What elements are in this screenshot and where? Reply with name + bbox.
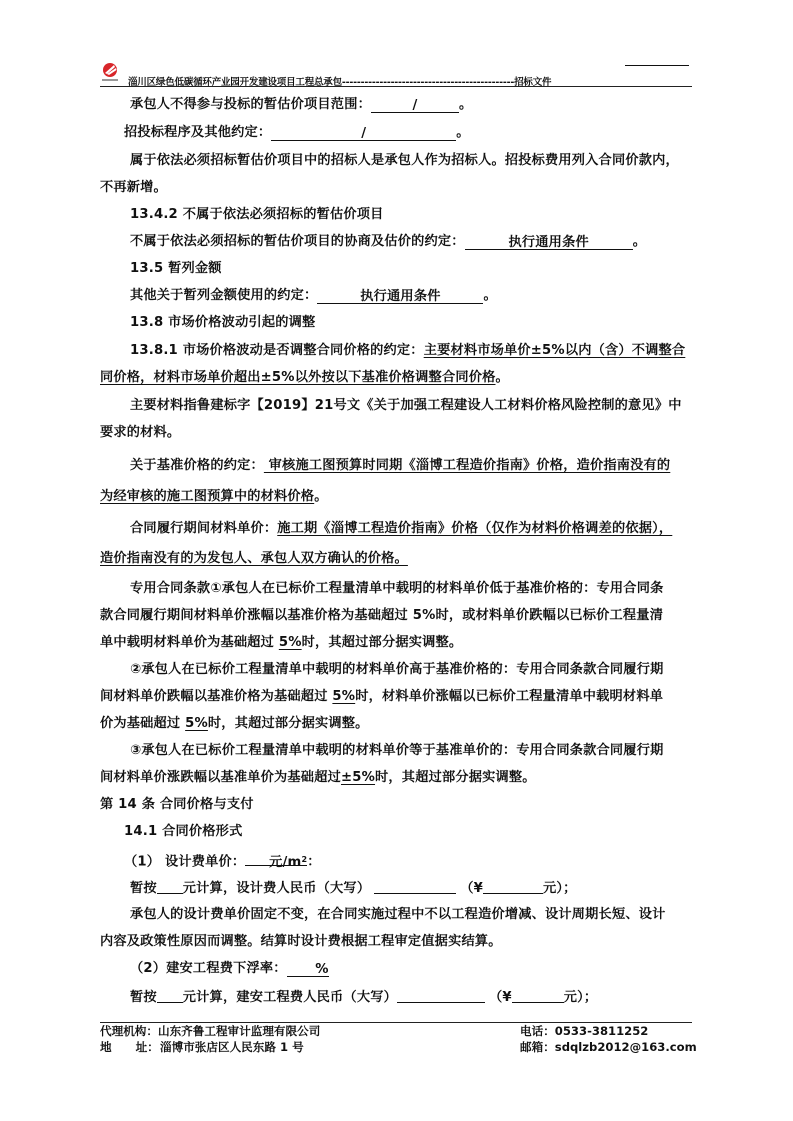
contract-price-line: 合同履行期间材料单价：施工期《淄博工程造价指南》价格（仅作为材料价格调差的依据）…	[130, 520, 672, 538]
field-label: 承包人不得参与投标的暂估价项目范围：	[130, 97, 371, 112]
design-fee-number-field	[483, 879, 543, 894]
base-price-line: 关于基准价格的约定： 审核施工图预算时同期《淄博工程造价指南》价格，造价指南没有…	[130, 457, 670, 475]
section-heading-13-4-2: 13.4.2 不属于依法必须招标的暂估价项目	[130, 206, 384, 224]
field-label: 不属于依法必须招标的暂估价项目的协商及估价的约定：	[130, 234, 465, 249]
paragraph-text: 承包人的设计费单价固定不变，在合同实施过程中不以工程造价增减、设计周期长短、设计	[130, 906, 666, 924]
provisional-sum-line: 其他关于暂列金额使用的约定：执行通用条件。	[130, 287, 497, 305]
agency-line: 代理机构：山东齐鲁工程审计监理有限公司	[100, 1024, 320, 1039]
contract-price-line-cont: 造价指南没有的为发包人、承包人双方确认的价格。	[100, 550, 408, 568]
paragraph-text: ②承包人在已标价工程量清单中载明的材料单价高于基准价格的：专用合同条款合同履行期	[130, 661, 663, 679]
paragraph-text: ③承包人在已标价工程量清单中载明的材料单价等于基准单价的：专用合同条款合同履行期	[130, 742, 663, 760]
footer-divider	[100, 1022, 692, 1023]
price-adjust-value: 主要材料市场单价±5%以内（含）不调整合	[424, 343, 686, 358]
paragraph-text: 款合同履行期间材料单价涨幅以基准价格为基础超过 5%时，或材料单价跌幅以已标价工…	[100, 607, 663, 625]
phone-value: 0533-3811252	[555, 1024, 649, 1038]
document-page: 淄川区绿色低碳循环产业园开发建设项目工程总承包-----------------…	[0, 0, 793, 1121]
paragraph-text: 主要材料指鲁建标字【2019】21号文《关于加强工程建设人工材料价格风险控制的意…	[130, 397, 682, 415]
design-fee-words-field	[374, 879, 456, 894]
construction-fee-base-field	[157, 988, 183, 1003]
design-fee-base-field	[157, 879, 183, 894]
agency-name: 山东齐鲁工程审计监理有限公司	[158, 1024, 320, 1038]
paragraph-text: 不再新增。	[100, 179, 167, 197]
address-value: 淄博市张店区人民东路 1 号	[160, 1040, 304, 1054]
construction-fee-number-field	[512, 988, 564, 1003]
paragraph-text: 价为基础超过 5%时，其超过部分据实调整。	[100, 715, 369, 733]
paragraph-text: 单中载明材料单价为基础超过 5%时，其超过部分据实调整。	[100, 634, 462, 652]
negotiation-line: 不属于依法必须招标的暂估价项目的协商及估价的约定：执行通用条件。	[130, 233, 646, 251]
phone-line: 电话：0533-3811252	[520, 1024, 648, 1039]
bid-scope-field: /	[371, 98, 459, 113]
paragraph-text: 要求的材料。	[100, 424, 180, 442]
field-label: 其他关于暂列金额使用的约定：	[130, 288, 317, 303]
construction-fee-amount-line: 暂按元计算，建安工程费人民币（大写）（¥元）；	[130, 988, 597, 1007]
paragraph-text: 间材料单价跌幅以基准价格为基础超过 5%时，材料单价涨幅以已标价工程量清单中载明…	[100, 688, 663, 706]
company-logo-icon	[100, 62, 122, 84]
base-price-line-cont: 为经审核的施工图预算中的材料价格。	[100, 488, 328, 506]
bidding-procedure-line: 招投标程序及其他约定：/。	[124, 124, 470, 142]
discount-rate-line: （2）建安工程费下浮率：%	[130, 960, 329, 978]
section-heading-14-1: 14.1 合同价格形式	[124, 823, 242, 841]
header-divider	[100, 86, 692, 87]
discount-rate-field: %	[287, 962, 329, 977]
bidding-procedure-field: /	[271, 126, 456, 141]
bid-scope-line: 承包人不得参与投标的暂估价项目范围：/。	[130, 96, 472, 114]
design-fee-unit-line: （1） 设计费单价：元/m2：	[124, 851, 321, 871]
email-value: sdqlzb2012@163.com	[555, 1040, 697, 1054]
paragraph-text: 属于依法必须招标暂估价项目中的招标人是承包人作为招标人。招投标费用列入合同价款内…	[130, 152, 679, 170]
article-heading-14: 第 14 条 合同价格与支付	[100, 796, 254, 814]
design-fee-unit-field: 元/m2	[245, 851, 307, 866]
paragraph-text: 专用合同条款①承包人在已标价工程量清单中载明的材料单价低于基准价格的：专用合同条	[130, 580, 663, 598]
section-heading-13-5: 13.5 暂列金额	[130, 260, 222, 278]
paragraph-text: 内容及政策性原因而调整。结算时设计费根据工程审定值据实结算。	[100, 933, 502, 951]
price-adjust-line-cont: 同价格，材料市场单价超出±5%以外按以下基准价格调整合同价格。	[100, 369, 509, 387]
section-heading-13-8: 13.8 市场价格波动引起的调整	[130, 314, 315, 332]
construction-fee-words-field	[397, 988, 485, 1003]
email-line: 邮箱：sdqlzb2012@163.com	[520, 1040, 697, 1055]
header-rule-short	[625, 65, 689, 66]
negotiation-field: 执行通用条件	[465, 235, 633, 250]
provisional-sum-field: 执行通用条件	[317, 289, 483, 304]
page-header: 淄川区绿色低碳循环产业园开发建设项目工程总承包-----------------…	[100, 62, 692, 86]
paragraph-text: 间材料单价涨跌幅以基准单价为基础超过±5%时，其超过部分据实调整。	[100, 769, 536, 787]
design-fee-amount-line: 暂按元计算，设计费人民币（大写）（¥元）；	[130, 879, 577, 898]
field-label: 招投标程序及其他约定：	[124, 125, 271, 140]
price-adjust-line: 13.8.1 市场价格波动是否调整合同价格的约定：主要材料市场单价±5%以内（含…	[130, 342, 685, 360]
address-line: 地址：淄博市张店区人民东路 1 号	[100, 1040, 304, 1055]
